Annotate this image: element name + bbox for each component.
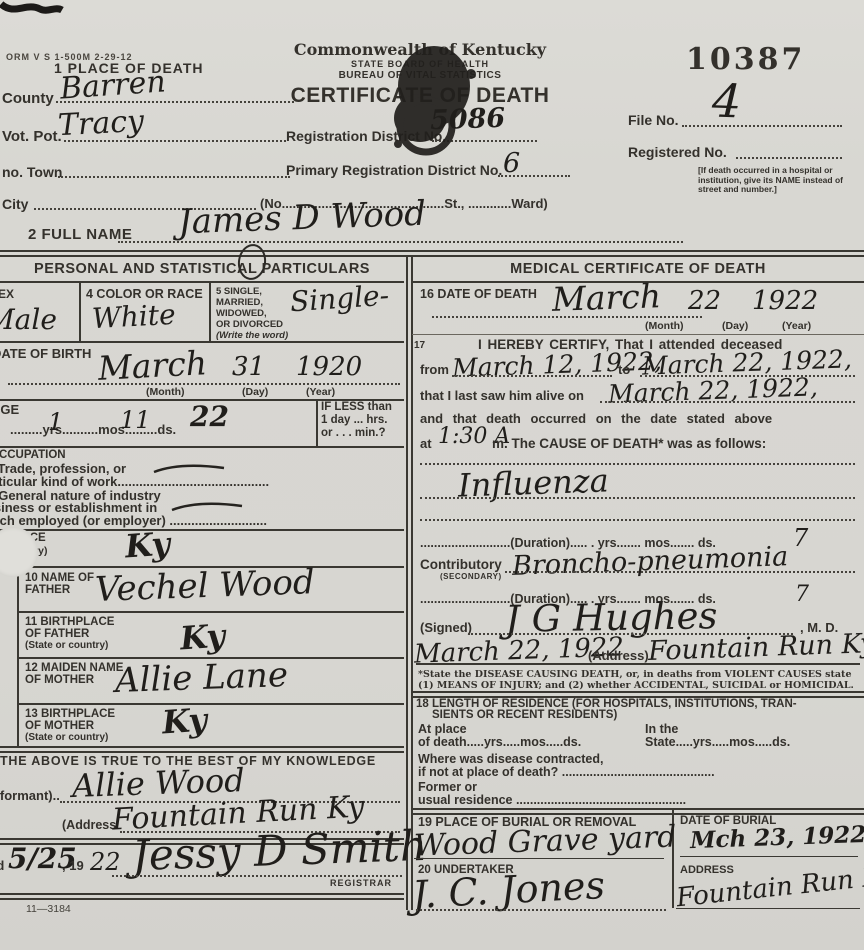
age-months-handwriting: 11 [120, 406, 151, 434]
ink-blot [376, 44, 496, 164]
father-birthplace-label: 11 BIRTHPLACE [25, 616, 114, 628]
rule [0, 529, 404, 531]
dob-year-handwriting: 1920 [296, 352, 362, 382]
from-date-handwriting: March 12, 1922, [452, 346, 663, 382]
plate-number: 11—3184 [26, 903, 71, 915]
month-caption: (Month) [645, 320, 683, 332]
dotted-line [505, 570, 855, 573]
day-caption: (Day) [242, 386, 268, 398]
marital-label: WIDOWED, [216, 308, 267, 319]
father-birthplace-label: OF FATHER [25, 628, 89, 640]
dotted-line [64, 139, 286, 142]
dotted-line [736, 156, 842, 159]
month-caption: (Month) [146, 386, 184, 398]
item-17-number: 17 [414, 340, 425, 351]
physician-address-value-handwriting: Fountain Run Ky [648, 628, 864, 667]
registrar-caption: REGISTRAR [330, 878, 392, 888]
race-value-handwriting: White [91, 298, 176, 335]
city-label: City [2, 196, 28, 212]
footnote-line-2: (1) MEANS OF INJURY; and (2) whether ACC… [418, 680, 854, 691]
last-saw-line: that I last saw him alive on [420, 388, 584, 403]
dotted-line [682, 124, 842, 127]
former-line-2: usual residence ........................… [418, 793, 686, 807]
cause-of-death-lead: m. The CAUSE OF DEATH* was as follows: [492, 436, 766, 451]
at-place-label: At place [418, 722, 467, 736]
rule [416, 663, 860, 665]
secondary-caption: (SECONDARY) [440, 572, 502, 581]
contracted-line-1: Where was disease contracted, [418, 752, 604, 766]
dotted-line [416, 908, 666, 911]
section-rule [0, 893, 404, 900]
filed-year-prefix: , 19 [62, 858, 84, 873]
dotted-line [8, 382, 400, 385]
rule [680, 856, 858, 857]
dob-label: DATE OF BIRTH [0, 346, 91, 361]
marital-label: 5 SINGLE, [216, 286, 262, 297]
sex-label: SEX [0, 287, 14, 301]
marital-label: MARRIED, [216, 297, 263, 308]
dotted-line [420, 496, 855, 499]
mother-birthplace-label: 13 BIRTHPLACE [25, 708, 115, 720]
cell-divider [209, 283, 211, 341]
to-label: to [618, 362, 630, 377]
mother-value-handwriting: Allie Lane [114, 655, 288, 701]
day-caption: (Day) [722, 320, 748, 332]
section-rule [0, 746, 404, 753]
precinct-label: Vot. Pot. [2, 128, 62, 145]
filed-label: Filed [0, 858, 4, 873]
personal-section-title: PERSONAL AND STATISTICAL PARTICULARS [0, 261, 404, 277]
dotted-line [112, 874, 402, 877]
undertaker-address-label: ADDRESS [680, 864, 734, 876]
informant-label: (Informant).. [0, 788, 60, 803]
precinct-value-handwriting: Tracy [57, 104, 145, 143]
town-label: no. Town [2, 164, 62, 180]
father-birthplace-sub-label: (State or country) [25, 640, 108, 651]
rule [17, 611, 404, 613]
father-label: FATHER [25, 584, 70, 596]
burial-date-value-handwriting: Mch 23, 1922 [690, 821, 864, 854]
if-less-label: or . . . min.? [321, 427, 386, 439]
duration-2-value-handwriting: 7 [795, 582, 809, 607]
dotted-line [118, 240, 683, 243]
county-label: County [2, 90, 54, 107]
rule [412, 334, 864, 335]
occupation-b-line3: which employed (or employer) ...........… [0, 513, 267, 528]
mother-label: 12 MAIDEN NAME [25, 662, 123, 674]
serial-number: 10387 [686, 42, 805, 77]
section-rule [0, 250, 864, 257]
signed-label: (Signed) [420, 620, 472, 635]
pen-dash-mark [150, 460, 230, 476]
file-no-value-handwriting: 4 [711, 74, 742, 129]
mother-birthplace-sub-label: (State or country) [25, 732, 108, 743]
father-value-handwriting: Vechel Wood [94, 562, 315, 610]
mother-label: OF MOTHER [25, 674, 94, 686]
former-line-1: Former or [418, 780, 477, 794]
occupation-label: OCCUPATION [0, 449, 66, 461]
cell-divider [79, 283, 81, 341]
duration-1-value-handwriting: 7 [793, 524, 808, 552]
rule [0, 446, 404, 448]
contracted-line-2: if not at place of death? ..............… [418, 765, 715, 779]
age-units-line: .........yrs..........mos.........ds. [10, 422, 176, 437]
dotted-line [420, 462, 855, 465]
full-name-value-handwriting: James D Wood [177, 194, 426, 243]
section-rule [412, 691, 864, 698]
hospital-note: [If death occurred in a hospital or inst… [698, 166, 856, 195]
date-of-death-month-handwriting: March [551, 276, 661, 319]
rule [676, 908, 860, 909]
occupation-a-line2: particular kind of work.................… [0, 474, 269, 489]
pen-dash-mark [168, 498, 248, 514]
at-label: at [420, 436, 432, 451]
medical-section-title: MEDICAL CERTIFICATE OF DEATH [412, 261, 864, 277]
inset-border [17, 566, 19, 746]
residence-title: SIENTS OR RECENT RESIDENTS) [432, 709, 617, 721]
scan-scribble-mark [0, 0, 80, 20]
state-line: State.....yrs.....mos.....ds. [645, 735, 790, 749]
from-label: from [420, 362, 449, 377]
date-of-death-label: 16 DATE OF DEATH [420, 287, 537, 301]
father-birthplace-value-handwriting: Ky [179, 616, 227, 657]
mother-birthplace-label: OF MOTHER [25, 720, 94, 732]
birthplace-value-handwriting: Ky [124, 524, 172, 565]
dotted-line [420, 518, 855, 521]
date-of-death-year-handwriting: 1922 [752, 286, 818, 316]
dotted-line [452, 374, 612, 377]
marital-label: OR DIVORCED [216, 319, 283, 330]
informant-address-label: (Address [62, 818, 116, 832]
section-rule [412, 808, 864, 815]
dotted-line [432, 315, 702, 318]
age-years-handwriting: 1 [48, 408, 63, 436]
registrar-signature-handwriting: Jessy D Smith [131, 821, 427, 880]
dob-day-handwriting: 31 [232, 352, 265, 382]
dotted-line [600, 400, 855, 403]
rule [17, 703, 404, 705]
age-days-handwriting: 22 [190, 400, 229, 433]
contributory-label: Contributory [420, 557, 502, 572]
dotted-line [498, 174, 570, 177]
if-less-label: 1 day ... hrs. [321, 414, 387, 426]
mother-birthplace-value-handwriting: Ky [161, 700, 209, 741]
marital-value-handwriting: Single- [289, 279, 390, 319]
sex-value-handwriting: Male [0, 303, 57, 336]
footnote-line-1: *State the DISEASE CAUSING DEATH, or, in… [418, 669, 852, 680]
full-name-label: 2 FULL NAME [28, 226, 132, 243]
dotted-line [56, 100, 294, 103]
filed-year-handwriting: 22 [90, 848, 121, 876]
in-the-label: In the [645, 722, 678, 736]
dotted-line [58, 175, 290, 178]
cell-divider [316, 399, 318, 446]
of-death-line: of death.....yrs.....mos.....ds. [418, 735, 581, 749]
rule [414, 858, 664, 859]
registered-no-label: Registered No. [628, 144, 727, 160]
file-no-label: File No. [628, 112, 679, 128]
marital-write-word-caption: (Write the word) [216, 330, 288, 341]
death-certificate-scan: ORM V S 1-500M 2-29-12 1 PLACE OF DEATH … [0, 0, 864, 950]
year-caption: (Year) [782, 320, 811, 332]
father-label: 10 NAME OF [25, 572, 94, 584]
primary-district-label: Primary Registration District No. [286, 162, 502, 178]
last-saw-date-handwriting: March 22, 1922, [608, 372, 819, 408]
age-label: AGE [0, 402, 19, 417]
year-caption: (Year) [306, 386, 335, 398]
physician-address-label: (Address) [588, 648, 649, 663]
if-less-label: IF LESS than [321, 401, 392, 413]
date-of-death-day-handwriting: 22 [688, 286, 721, 316]
